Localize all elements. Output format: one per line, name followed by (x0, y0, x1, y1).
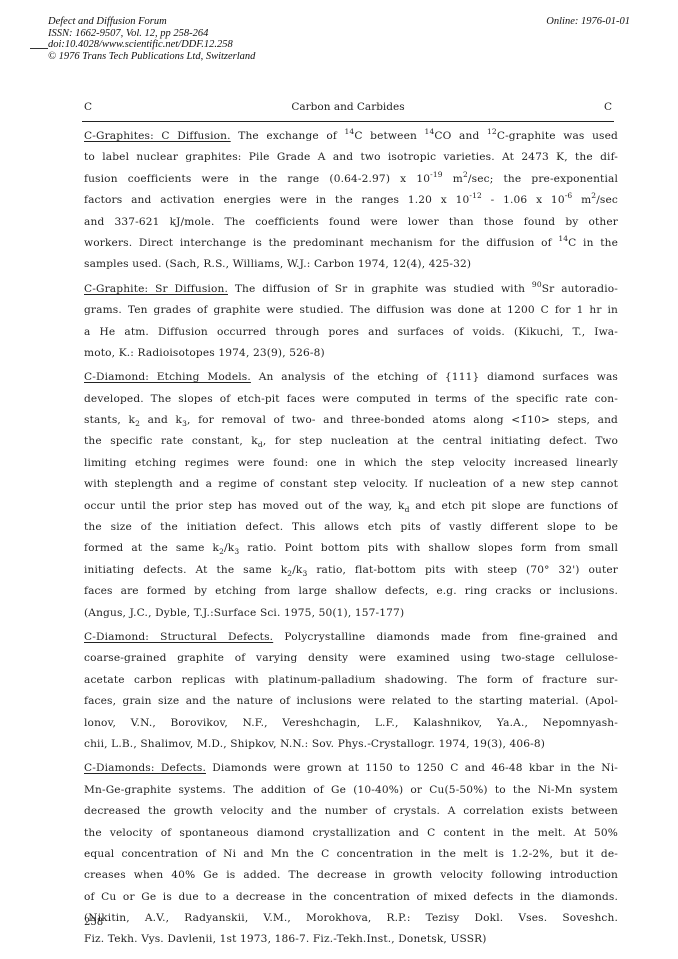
text-line: with steplength and a regime of constant… (84, 474, 618, 495)
entry-heading: C-Graphites: C Diffusion. (84, 130, 231, 142)
running-head-title: Carbon and Carbides (84, 101, 612, 113)
text-line: faces, grain size and the nature of incl… (84, 691, 618, 712)
text-line: workers. Direct interchange is the predo… (84, 233, 618, 254)
text-line: C-Graphites: C Diffusion. The exchange o… (84, 126, 618, 147)
text-line: the velocity of spontaneous diamond crys… (84, 823, 618, 844)
text-line: developed. The slopes of etch-pit faces … (84, 389, 618, 410)
text-line: creases when 40% Ge is added. The decrea… (84, 865, 618, 886)
text-line: lonov, V.N., Borovikov, N.F., Vereshchag… (84, 713, 618, 734)
text-line: grams. Ten grades of graphite were studi… (84, 300, 618, 321)
text-line: and 337-621 kJ/mole. The coefficients fo… (84, 212, 618, 233)
text-line: C-Diamonds: Defects. Diamonds were grown… (84, 758, 618, 779)
text-line: decreased the growth velocity and the nu… (84, 801, 618, 822)
text-line: coarse-grained graphite of varying densi… (84, 648, 618, 669)
text-line: occur until the prior step has moved out… (84, 496, 618, 517)
text-line: C-Graphite: Sr Diffusion. The diffusion … (84, 279, 618, 300)
text-line: Fiz. Tekh. Vys. Davlenii, 1st 1973, 186-… (84, 929, 618, 950)
entry-heading: C-Diamond: Etching Models. (84, 371, 251, 383)
journal-name: Defect and Diffusion Forum (48, 16, 255, 28)
text-line: faces are formed by etching from large s… (84, 581, 618, 602)
abstract-entry: C-Diamonds: Defects. Diamonds were grown… (84, 758, 618, 951)
text-line: Mn-Ge-graphite systems. The addition of … (84, 780, 618, 801)
journal-doi: doi:10.4028/www.scientific.net/DDF.12.25… (48, 39, 255, 51)
journal-issn: ISSN: 1662-9507, Vol. 12, pp 258-264 (48, 28, 255, 40)
text-line: a He atm. Diffusion occurred through por… (84, 322, 618, 343)
text-line: equal concentration of Ni and Mn the C c… (84, 844, 618, 865)
text-line: limiting etching regimes were found: one… (84, 453, 618, 474)
text-line: initiating defects. At the same k2/k3 ra… (84, 560, 618, 581)
text-line: (Angus, J.C., Dyble, T.J.:Surface Sci. 1… (84, 603, 618, 624)
article-body: C-Graphites: C Diffusion. The exchange o… (84, 126, 618, 951)
text-line: to label nuclear graphites: Pile Grade A… (84, 147, 618, 168)
journal-copyright: © 1976 Trans Tech Publications Ltd, Swit… (48, 51, 255, 63)
abstract-entry: C-Diamond: Structural Defects. Polycryst… (84, 627, 618, 755)
text-line: the specific rate constant, kd, for step… (84, 431, 618, 452)
text-line: chii, L.B., Shalimov, M.D., Shipkov, N.N… (84, 734, 618, 755)
abstract-entry: C-Graphites: C Diffusion. The exchange o… (84, 126, 618, 276)
entry-heading: C-Diamonds: Defects. (84, 762, 206, 774)
abstract-entry: C-Graphite: Sr Diffusion. The diffusion … (84, 279, 618, 365)
text-line: factors and activation energies were in … (84, 190, 618, 211)
text-line: (Nikitin, A.V., Radyanskii, V.M., Morokh… (84, 908, 618, 929)
page-number: 258 (84, 917, 103, 928)
abstract-entry: C-Diamond: Etching Models. An analysis o… (84, 367, 618, 624)
header-rule (30, 48, 48, 49)
text-line: C-Diamond: Etching Models. An analysis o… (84, 367, 618, 388)
online-date: Online: 1976-01-01 (546, 16, 630, 28)
text-line: fusion coefficients were in the range (0… (84, 169, 618, 190)
running-head-rule (82, 121, 614, 122)
journal-header: Defect and Diffusion Forum ISSN: 1662-95… (48, 16, 255, 62)
text-line: the size of the initiation defect. This … (84, 517, 618, 538)
text-line: samples used. (Sach, R.S., Williams, W.J… (84, 254, 618, 275)
text-line: moto, K.: Radioisotopes 1974, 23(9), 526… (84, 343, 618, 364)
running-head-right: C (604, 101, 612, 113)
text-line: C-Diamond: Structural Defects. Polycryst… (84, 627, 618, 648)
text-line: of Cu or Ge is due to a decrease in the … (84, 887, 618, 908)
text-line: formed at the same k2/k3 ratio. Point bo… (84, 538, 618, 559)
entry-heading: C-Graphite: Sr Diffusion. (84, 283, 228, 295)
text-line: acetate carbon replicas with platinum-pa… (84, 670, 618, 691)
entry-heading: C-Diamond: Structural Defects. (84, 631, 273, 643)
text-line: stants, k2 and k3, for removal of two- a… (84, 410, 618, 431)
